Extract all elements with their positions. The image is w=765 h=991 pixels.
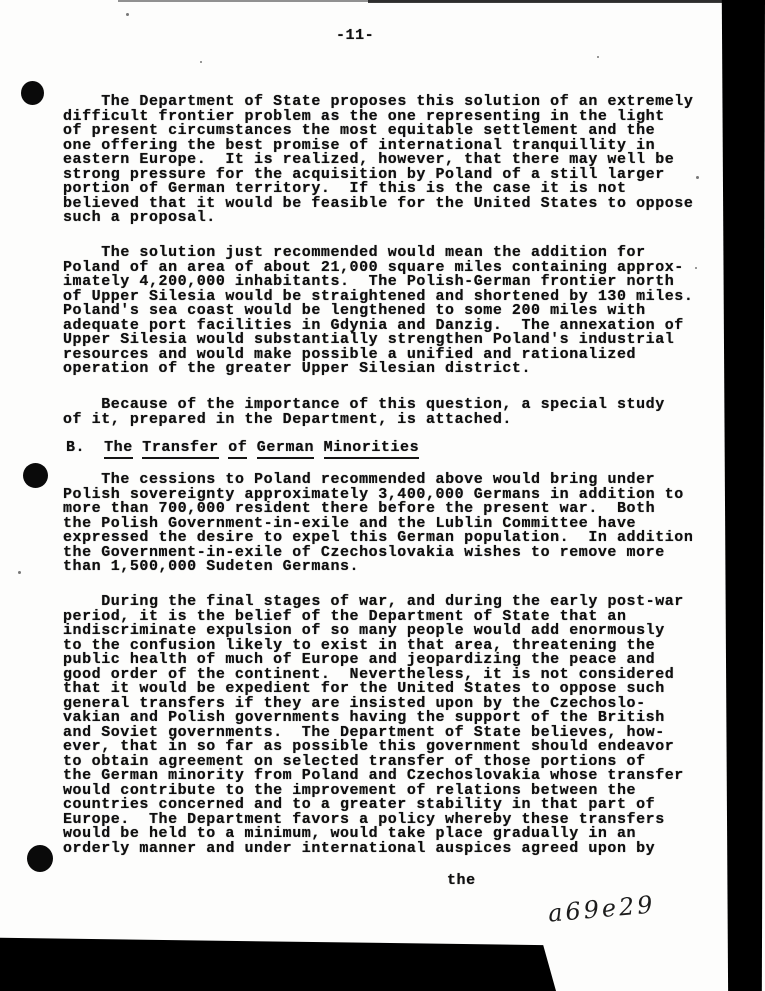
scan-bar-right	[720, 0, 765, 991]
document-page: -11- The Department of State proposes th…	[0, 0, 765, 991]
ink-speckle	[18, 571, 21, 574]
paragraph: The cessions to Poland recommended above…	[63, 473, 723, 575]
paragraph: The Department of State proposes this so…	[63, 95, 723, 226]
section-heading-word: The	[104, 441, 133, 459]
section-heading-word: of	[228, 441, 247, 459]
catchword: the	[447, 874, 476, 889]
ink-speckle	[200, 61, 202, 63]
section-heading-word: Minorities	[324, 441, 420, 459]
scan-edge-strip-dark	[368, 0, 765, 3]
scan-bar-bottom	[0, 935, 556, 991]
section-heading-word: German	[257, 441, 314, 459]
section-heading: B. The Transfer of German Minorities	[66, 441, 419, 459]
page-number: -11-	[336, 29, 374, 44]
handwritten-archive-code: a69e29	[547, 890, 657, 927]
hole-punch-mark	[23, 463, 48, 488]
hole-punch-mark	[27, 845, 53, 872]
section-heading-word: Transfer	[142, 441, 218, 459]
paragraph: The solution just recommended would mean…	[63, 246, 723, 377]
section-letter: B.	[66, 441, 85, 456]
hole-punch-mark	[21, 81, 44, 105]
paragraph: Because of the importance of this questi…	[63, 398, 723, 427]
ink-speckle	[597, 56, 599, 58]
paragraph: During the final stages of war, and duri…	[63, 595, 723, 856]
ink-speckle	[126, 13, 129, 16]
